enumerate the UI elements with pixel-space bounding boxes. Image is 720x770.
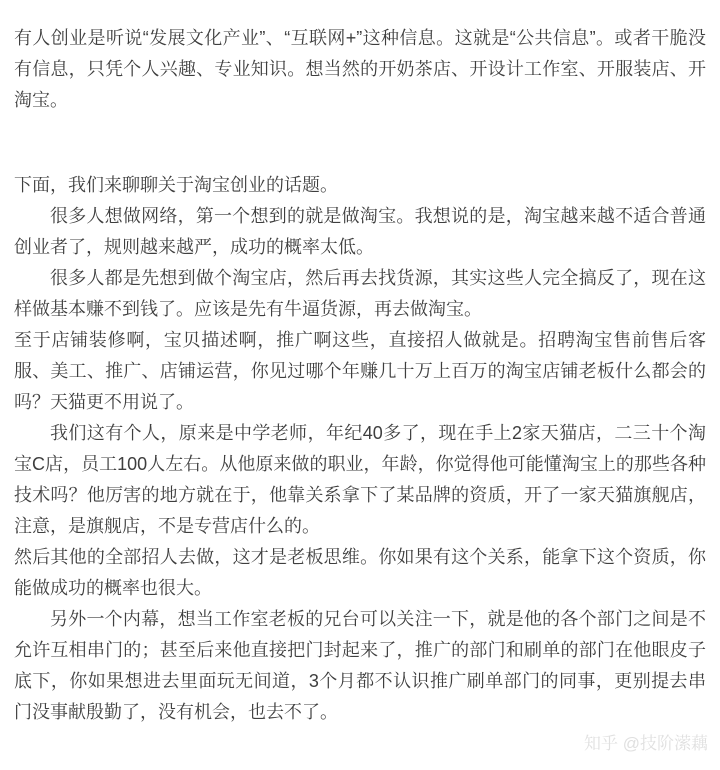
article-paragraph: 至于店铺装修啊，宝贝描述啊，推广啊这些，直接招人做就是。招聘淘宝售前售后客服、美… (14, 325, 706, 418)
article-paragraph: 然后其他的全部招人去做，这才是老板思维。你如果有这个关系，能拿下这个资质，你能做… (14, 542, 706, 604)
article-paragraph: 我们这有个人，原来是中学老师，年纪40多了，现在手上2家天猫店，二三十个淘宝C店… (14, 418, 706, 542)
article-body: 有人创业是听说“发展文化产业”、“互联网+”这种信息。这就是“公共信息”。或者干… (0, 0, 720, 728)
article-paragraph: 很多人都是先想到做个淘宝店，然后再去找货源，其实这些人完全搞反了，现在这样做基本… (14, 263, 706, 325)
article-paragraph: 有人创业是听说“发展文化产业”、“互联网+”这种信息。这就是“公共信息”。或者干… (14, 23, 706, 116)
article-paragraph: 另外一个内幕，想当工作室老板的兄台可以关注一下，就是他的各个部门之间是不允许互相… (14, 604, 706, 728)
article-paragraph: 很多人想做网络，第一个想到的就是做淘宝。我想说的是，淘宝越来越不适合普通创业者了… (14, 201, 706, 263)
article-paragraph: 下面，我们来聊聊关于淘宝创业的话题。 (14, 170, 706, 201)
zhihu-watermark: 知乎 @技阶潆藕 (0, 732, 720, 756)
